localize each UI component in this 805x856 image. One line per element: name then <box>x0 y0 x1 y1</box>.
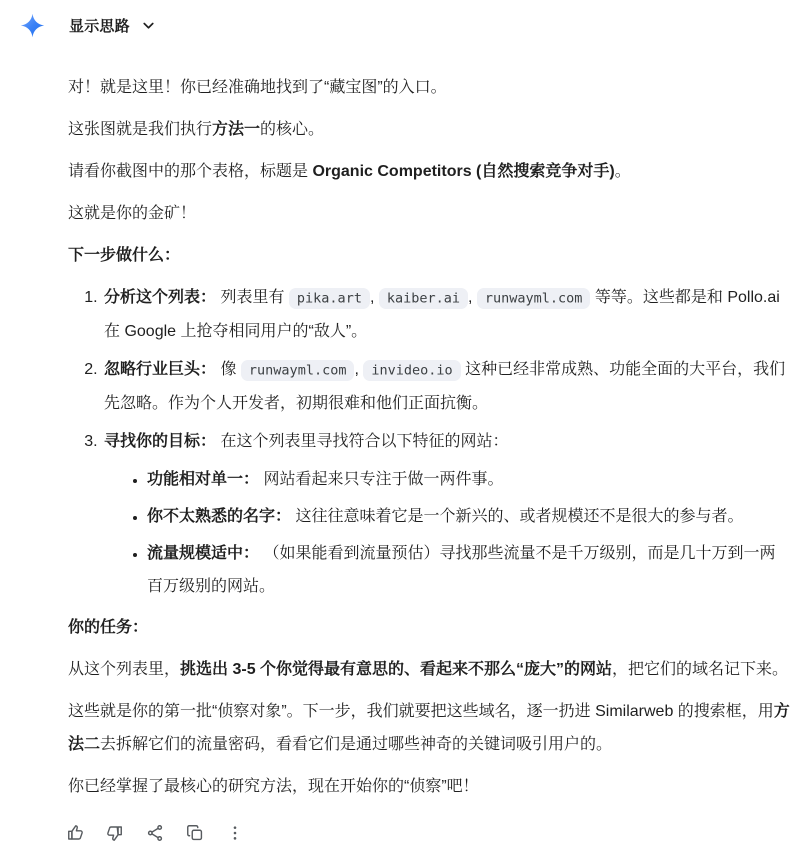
thumbs-down-button[interactable] <box>101 819 129 847</box>
paragraph: 你的任务： <box>68 611 790 644</box>
text-run: 像 <box>216 361 241 378</box>
bold-text: 你不太熟悉的名字： <box>147 508 291 525</box>
list-item: 寻找你的目标： 在这个列表里寻找符合以下特征的网站：功能相对单一： 网站看起来只… <box>102 425 790 603</box>
bold-text: Organic Competitors (自然搜索竞争对手) <box>312 163 614 180</box>
thumbs-up-button[interactable] <box>61 819 89 847</box>
text-run: 网站看起来只专注于做一两件事。 <box>259 471 503 488</box>
thumbs-up-icon <box>65 823 85 843</box>
text-run: 在这个列表里寻找符合以下特征的网站： <box>216 433 508 450</box>
bold-text: 寻找你的目标： <box>104 433 216 450</box>
text-run: 的核心。 <box>260 121 324 138</box>
code-chip: kaiber.ai <box>379 288 468 310</box>
text-run: 这些就是你的第一批“侦察对象”。下一步，我们就要把这些域名，逐一扔进 Simil… <box>68 703 774 720</box>
paragraph: 这张图就是我们执行方法一的核心。 <box>68 113 790 146</box>
response-header: 显示思路 <box>0 0 805 42</box>
chevron-down-icon <box>140 17 157 34</box>
bullet-item: 功能相对单一： 网站看起来只专注于做一两件事。 <box>147 463 790 496</box>
response-action-bar <box>0 812 805 847</box>
paragraph: 你已经掌握了最核心的研究方法，现在开始你的“侦察”吧！ <box>68 770 790 803</box>
bold-text: 功能相对单一： <box>147 471 259 488</box>
bold-text: 分析这个列表： <box>104 289 216 306</box>
share-icon <box>145 823 165 843</box>
bold-text: 下一步做什么： <box>68 247 180 264</box>
code-chip: pika.art <box>289 288 370 310</box>
text-run: 你已经掌握了最核心的研究方法，现在开始你的“侦察”吧！ <box>68 778 479 795</box>
text-run: 。 <box>615 163 631 180</box>
text-run: 列表里有 <box>216 289 289 306</box>
share-button[interactable] <box>141 819 169 847</box>
bold-text: 忽略行业巨头： <box>104 361 216 378</box>
text-run: 去拆解它们的流量密码，看看它们是通过哪些神奇的关键词吸引用户的。 <box>100 736 612 753</box>
bold-text: 挑选出 3-5 个你觉得最有意思的、看起来不那么“庞大”的网站 <box>180 661 612 678</box>
gemini-sparkle-icon <box>19 12 46 39</box>
code-chip: runwayml.com <box>477 288 591 310</box>
more-options-button[interactable] <box>221 819 249 847</box>
paragraph: 对！就是这里！你已经准确地找到了“藏宝图”的入口。 <box>68 71 790 104</box>
show-thoughts-toggle[interactable]: 显示思路 <box>67 13 159 38</box>
copy-icon <box>185 823 205 843</box>
text-run: 这就是你的金矿！ <box>68 205 196 222</box>
text-run: 这往往意味着它是一个新兴的、或者规模还不是很大的参与者。 <box>291 508 743 525</box>
bullet-item: 你不太熟悉的名字： 这往往意味着它是一个新兴的、或者规模还不是很大的参与者。 <box>147 500 790 533</box>
bold-text: 你的任务： <box>68 619 148 636</box>
text-run: , <box>468 289 477 306</box>
bullet-list: 功能相对单一： 网站看起来只专注于做一两件事。你不太熟悉的名字： 这往往意味着它… <box>104 463 790 603</box>
ordered-list: 分析这个列表： 列表里有 pika.art, kaiber.ai, runway… <box>68 281 790 603</box>
more-vert-icon <box>225 823 245 843</box>
bullet-item: 流量规模适中： （如果能看到流量预估）寻找那些流量不是千万级别，而是几十万到一两… <box>147 537 790 603</box>
text-run: ，把它们的域名记下来。 <box>612 661 788 678</box>
show-thoughts-label: 显示思路 <box>69 15 130 36</box>
paragraph: 下一步做什么： <box>68 239 790 272</box>
code-chip: runwayml.com <box>241 360 355 382</box>
copy-button[interactable] <box>181 819 209 847</box>
text-run: 请看你截图中的那个表格，标题是 <box>68 163 312 180</box>
text-run: 对！就是这里！你已经准确地找到了“藏宝图”的入口。 <box>68 79 447 96</box>
list-item: 分析这个列表： 列表里有 pika.art, kaiber.ai, runway… <box>102 281 790 348</box>
paragraph: 请看你截图中的那个表格，标题是 Organic Competitors (自然搜… <box>68 155 790 188</box>
message-content: 对！就是这里！你已经准确地找到了“藏宝图”的入口。这张图就是我们执行方法一的核心… <box>0 42 805 803</box>
code-chip: invideo.io <box>363 360 460 382</box>
text-run: 这张图就是我们执行 <box>68 121 212 138</box>
paragraph: 这些就是你的第一批“侦察对象”。下一步，我们就要把这些域名，逐一扔进 Simil… <box>68 695 790 761</box>
list-item: 忽略行业巨头： 像 runwayml.com, invideo.io 这种已经非… <box>102 353 790 420</box>
bold-text: 方法一 <box>212 121 260 138</box>
thumbs-down-icon <box>105 823 125 843</box>
paragraph: 这就是你的金矿！ <box>68 197 790 230</box>
text-run: , <box>370 289 379 306</box>
paragraph: 从这个列表里，挑选出 3-5 个你觉得最有意思的、看起来不那么“庞大”的网站，把… <box>68 653 790 686</box>
bold-text: 流量规模适中： <box>147 545 259 562</box>
text-run: 从这个列表里， <box>68 661 180 678</box>
